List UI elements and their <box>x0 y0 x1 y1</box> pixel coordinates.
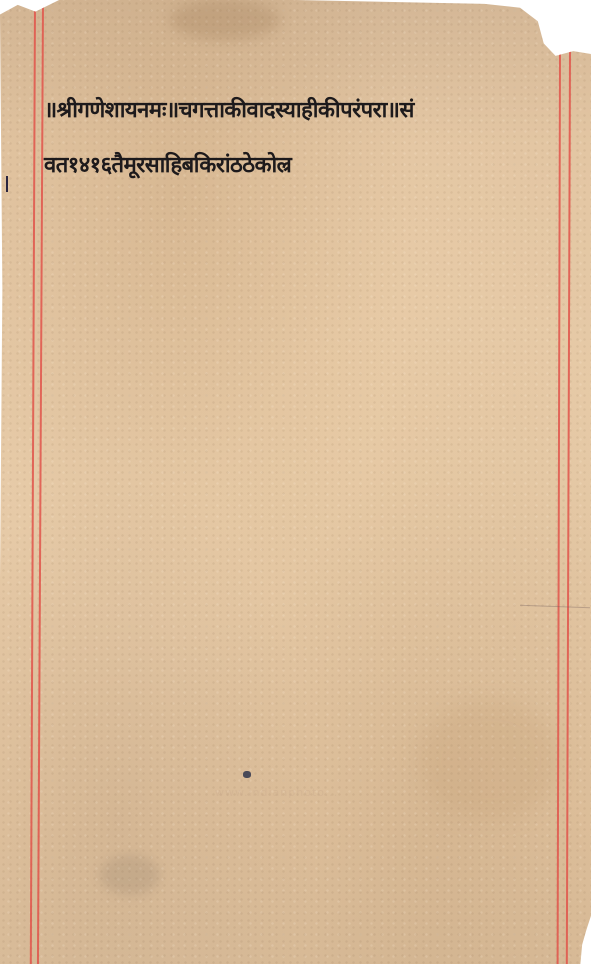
manuscript-text-line-1: ॥श्रीगणेशायनमः॥चगत्ताकीवादस्याहीकीपरंपरा… <box>44 94 559 124</box>
margin-ink-mark <box>6 176 8 192</box>
manuscript-page: ॥श्रीगणेशायनमः॥चगत्ताकीवादस्याहीकीपरंपरा… <box>0 0 591 964</box>
left-margin-rule-inner <box>37 0 44 964</box>
paper-stain <box>100 855 160 895</box>
right-margin-rule-inner <box>557 50 561 964</box>
manuscript-text-line-2: वत१४१६तैमूरसाहिबकिरांठठेकोल्र <box>44 149 291 179</box>
left-margin-rule-outer <box>30 0 36 964</box>
paper-stain <box>170 0 280 40</box>
ink-blot <box>243 771 251 778</box>
paper-texture <box>0 0 591 964</box>
watermark: www.indianphoto... <box>215 786 338 799</box>
paper-crease <box>520 605 590 608</box>
right-margin-rule-outer <box>566 50 571 964</box>
paper-stain <box>420 700 560 820</box>
